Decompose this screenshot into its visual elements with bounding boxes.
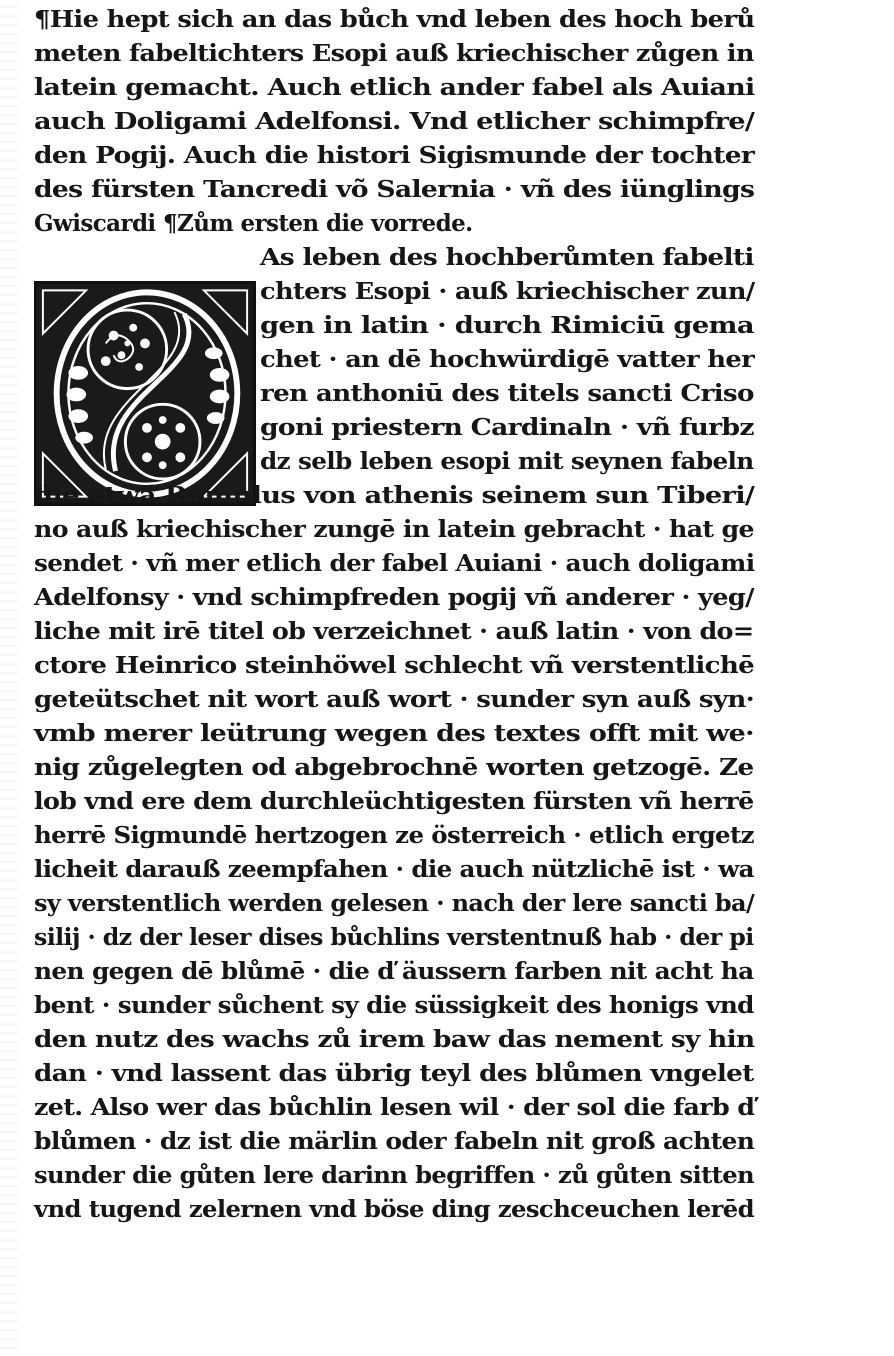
text-line: geteütschet nit wort auß wort · sunder s… — [34, 683, 754, 717]
text-line: chters Esopi · auß kriechischer zun/ — [260, 275, 755, 309]
text-line: ren anthoniū des titels sancti Criso — [260, 377, 754, 411]
text-line: sy verstentlich werden gelesen · nach de… — [34, 887, 754, 921]
text-line: ¶Hie hept sich an das bůch vnd leben des… — [34, 3, 754, 37]
text-line: nig zůgelegten od abgebrochnē worten get… — [34, 751, 754, 785]
text-line: licheit darauß zeempfahen · die auch nüt… — [34, 853, 754, 887]
text-line: chet · an dē hochwürdigē vatter her — [260, 343, 754, 377]
scan-edge-shadow — [0, 0, 18, 1356]
text-line: bent · sunder sůchent sy die süssigkeit … — [34, 989, 754, 1023]
text-line: liche mit irē titel ob verzeichnet · auß… — [34, 615, 753, 649]
text-line: ctore Heinrico steinhöwel schlecht vñ ve… — [34, 649, 754, 683]
ornamental-initial-icon — [37, 284, 253, 503]
text-line: die etwa Romulus von athenis seinem sun … — [34, 479, 754, 513]
text-line: vmb merer leütrung wegen des textes offt… — [34, 717, 754, 751]
text-line: herrē Sigmundē hertzogen ze österreich ·… — [34, 819, 754, 853]
text-line: lob vnd ere dem durchleüchtigesten fürst… — [34, 785, 754, 819]
text-line: sendet · vñ mer etlich der fabel Auiani … — [34, 547, 754, 581]
text-line: des fürsten Tancredi võ Salernia · vñ de… — [34, 173, 754, 207]
text-line: vnd tugend zelernen vnd böse ding zeschc… — [34, 1193, 754, 1227]
text-line: latein gemacht. Auch etlich ander fabel … — [34, 71, 755, 105]
text-line: den nutz des wachs zů irem baw das nemen… — [34, 1023, 754, 1057]
chapter-heading: Gwiscardi ¶Zům ersten die vorrede. — [34, 207, 473, 241]
document-page: ¶Hie hept sich an das bůch vnd leben des… — [0, 0, 894, 1356]
text-line: Adelfonsy · vnd schimpfreden pogij vñ an… — [34, 581, 754, 615]
text-line: no auß kriechischer zungē in latein gebr… — [34, 513, 754, 547]
text-line: nen gegen dē blůmē · die ď äussern farbe… — [34, 955, 754, 989]
text-line: meten fabeltichters Esopi auß kriechisch… — [34, 37, 754, 71]
text-line: den Pogij. Auch die histori Sigismunde d… — [34, 139, 754, 173]
text-line: auch Doligami Adelfonsi. Vnd etlicher sc… — [34, 105, 754, 139]
text-line: As leben des hochberůmten fabelti — [260, 241, 754, 275]
text-line: silij · dz der leser dises bůchlins vers… — [34, 921, 754, 955]
text-line: goni priestern Cardinaln · vñ furbz — [260, 411, 754, 445]
text-line: sunder die gůten lere darinn begriffen ·… — [34, 1159, 754, 1193]
text-line: blůmen · dz ist die märlin oder fabeln n… — [34, 1125, 754, 1159]
text-line: zet. Also wer das bůchlin lesen wil · de… — [34, 1091, 754, 1125]
decorated-initial-d — [34, 281, 256, 506]
text-line: dan · vnd lassent das übrig teyl des blů… — [34, 1057, 754, 1091]
text-line: dz selb leben esopi mit seynen fabeln — [260, 445, 754, 479]
text-line: gen in latin · durch Rimiciū gema — [260, 309, 754, 343]
